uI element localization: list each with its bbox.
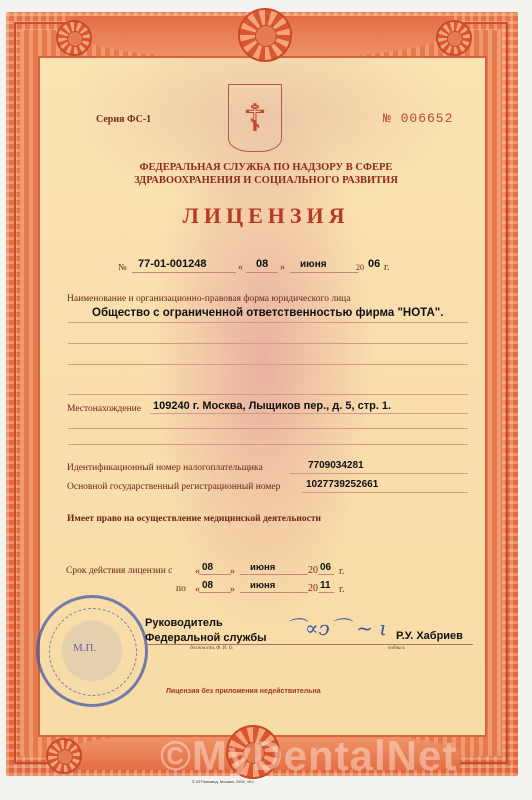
- printer-note: © АТПолимед, Москва, 2004, «Б»: [192, 779, 254, 784]
- inn-value: 7709034281: [308, 460, 364, 471]
- ogrn-value: 1027739252661: [306, 479, 378, 490]
- quote-close: »: [280, 262, 285, 273]
- quote-close: »: [230, 566, 235, 577]
- signatory-title-line2: Федеральной службы: [145, 632, 267, 644]
- validity-from-label: Срок действия лицензии с: [66, 566, 172, 576]
- license-day: 08: [256, 258, 268, 270]
- signatory-name: Р.У. Хабриев: [396, 630, 463, 642]
- agency-name-line2: ЗДРАВООХРАНЕНИЯ И СОЦИАЛЬНОГО РАЗВИТИЯ: [0, 175, 532, 186]
- quote-open: «: [195, 566, 200, 577]
- signatory-title-line1: Руководитель: [145, 617, 223, 629]
- entity-name: Общество с ограниченной ответственностью…: [92, 307, 443, 319]
- entity-name-label: Наименование и организационно-правовая ф…: [67, 294, 350, 304]
- number-sign: №: [118, 262, 127, 272]
- ogrn-label: Основной государственный регистрационный…: [67, 482, 280, 492]
- right-statement: Имеет право на осуществление медицинской…: [67, 514, 321, 524]
- validity-to-label: по: [176, 584, 186, 594]
- validity-to-month: июня: [250, 580, 275, 591]
- stamp-center-text: М.П.: [73, 642, 96, 654]
- license-year: 06: [368, 258, 380, 270]
- rosette-icon-top-right: [436, 20, 472, 56]
- agency-name-line1: ФЕДЕРАЛЬНАЯ СЛУЖБА ПО НАДЗОРУ В СФЕРЕ: [0, 162, 532, 173]
- coat-of-arms-icon: ☦: [228, 84, 282, 152]
- quote-open: «: [195, 584, 200, 595]
- location-label: Местонахождение: [67, 404, 141, 414]
- footer-note: Лицензия без приложения недействительна: [166, 688, 321, 695]
- year-unit: г.: [384, 262, 389, 273]
- year-prefix: 20: [356, 263, 364, 272]
- validity-to-year: 11: [320, 580, 331, 591]
- document-title: ЛИЦЕНЗИЯ: [0, 203, 532, 229]
- quote-close: »: [230, 584, 235, 595]
- rosette-icon-bottom-left: [46, 738, 82, 774]
- validity-from-month: июня: [250, 562, 275, 573]
- rosette-icon-top: [238, 8, 292, 62]
- series-label: Серия ФС-1: [96, 114, 151, 125]
- inn-label: Идентификационный номер налогоплательщик…: [67, 463, 263, 473]
- position-caption: должность Ф. И. О.: [190, 646, 234, 651]
- license-month: июня: [300, 259, 327, 270]
- handwritten-signature: ⌒∝ↄ⌒ ~ ι: [285, 612, 395, 642]
- year-unit: г.: [339, 584, 344, 595]
- location-value: 109240 г. Москва, Лыщиков пер., д. 5, ст…: [153, 400, 391, 412]
- year-prefix: 20: [308, 565, 318, 576]
- form-number: № 006652: [383, 111, 453, 126]
- year-prefix: 20: [308, 583, 318, 594]
- watermark: ©MyDentalNet: [160, 732, 520, 782]
- official-stamp: М.П.: [36, 595, 148, 707]
- year-unit: г.: [339, 566, 344, 577]
- validity-from-day: 08: [202, 562, 213, 573]
- quote-open: «: [238, 262, 243, 273]
- license-certificate: Серия ФС-1 ☦ № 006652 ФЕДЕРАЛЬНАЯ СЛУЖБА…: [0, 0, 532, 800]
- license-number: 77-01-001248: [138, 258, 207, 270]
- validity-to-day: 08: [202, 580, 213, 591]
- rosette-icon-top-left: [56, 20, 92, 56]
- signature-caption: подпись: [388, 646, 405, 651]
- validity-from-year: 06: [320, 562, 331, 573]
